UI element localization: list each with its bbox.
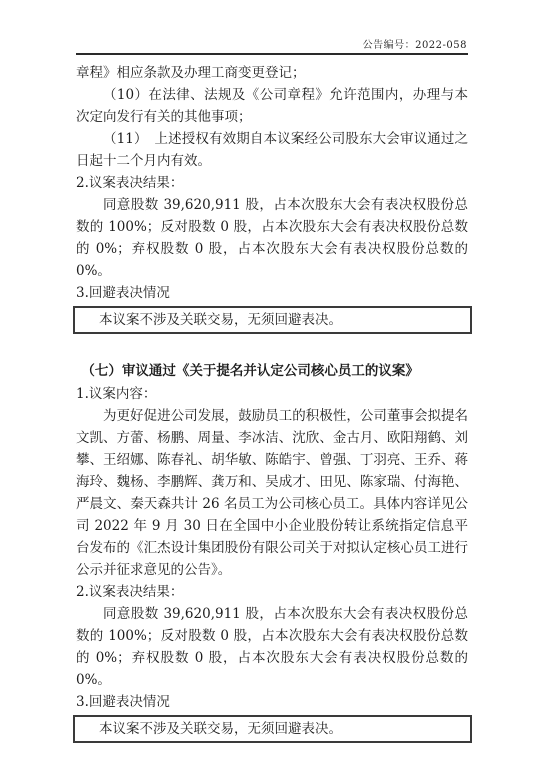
vote-result-sec6: 同意股数 39,620,911 股，占本次股东大会有表决权股份总数的 100%；…	[76, 194, 468, 282]
recusal-heading-sec7: 3.回避表决情况	[76, 691, 468, 713]
item-11: （11） 上述授权有效期自本议案经公司股东大会审议通过之日起十二个月内有效。	[76, 128, 468, 172]
section7-title: （七）审议通过《关于提名并认定公司核心员工的议案》	[76, 360, 468, 382]
recusal-box-sec6: 本议案不涉及关联交易，无须回避表决。	[73, 306, 472, 334]
content-body-sec7: 为更好促进公司发展，鼓励员工的积极性，公司董事会拟提名文凯、方蕾、杨鹏、周量、李…	[76, 405, 468, 581]
document-body: 章程》相应条款及办理工商变更登记； （10）在法律、法规及《公司章程》允许范围内…	[76, 62, 468, 745]
header-divider	[76, 53, 468, 55]
content-heading-sec7: 1.议案内容：	[76, 383, 468, 405]
recusal-heading-sec6: 3.回避表决情况	[76, 282, 468, 304]
vote-result-heading-sec6: 2.议案表决结果：	[76, 172, 468, 194]
continuation-line: 章程》相应条款及办理工商变更登记；	[76, 62, 468, 84]
recusal-box-sec7: 本议案不涉及关联交易，无须回避表决。	[73, 715, 472, 743]
vote-result-sec7: 同意股数 39,620,911 股，占本次股东大会有表决权股份总数的 100%；…	[76, 603, 468, 691]
item-10: （10）在法律、法规及《公司章程》允许范围内，办理与本次定向发行有关的其他事项；	[76, 84, 468, 128]
announcement-number: 公告编号：2022-058	[363, 36, 467, 51]
recusal-note-sec6: 本议案不涉及关联交易，无须回避表决。	[99, 312, 342, 328]
vote-result-heading-sec7: 2.议案表决结果：	[76, 581, 468, 603]
recusal-note-sec7: 本议案不涉及关联交易，无须回避表决。	[99, 721, 342, 737]
document-page: 公告编号：2022-058 章程》相应条款及办理工商变更登记； （10）在法律、…	[0, 0, 545, 771]
